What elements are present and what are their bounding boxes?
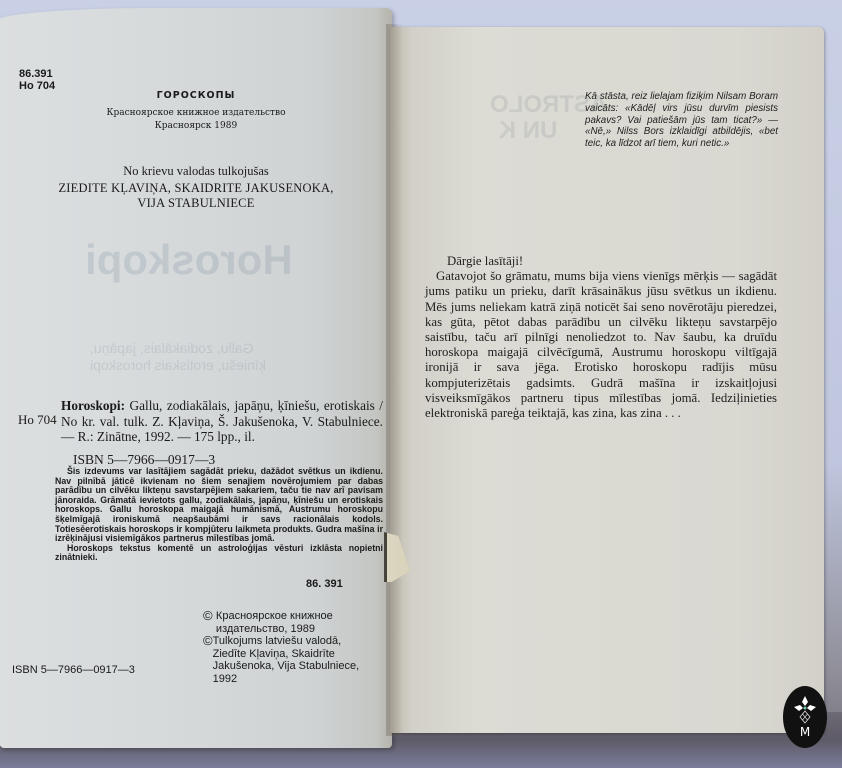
bleed-subtitle-line: ķīniešu, erotiskais horoskopi (90, 357, 266, 374)
catalog-side-code: Ho 704 (18, 412, 57, 428)
copyright-text: Красноярское книжное издательство, 1989 (216, 610, 373, 635)
catalog-entry-title: Horoskopi: (61, 398, 125, 413)
bleed-through-subtitle: Gallu, zodiakālais, japāņu, ķīniešu, ero… (90, 340, 266, 374)
foreword: Dārgie lasītāji! Gatavojot šo grāmatu, m… (425, 254, 777, 421)
abstract-paragraph: Šis izdevums var lasītājiem sagādāt prie… (55, 467, 383, 544)
bbk-code: 86. 391 (306, 578, 343, 590)
foreword-body: Gatavojot šo grāmatu, mums bija viens vi… (425, 269, 777, 421)
abstract-paragraph: Horoskops tekstus komentē un astroloģija… (55, 544, 383, 563)
copyright-line: © Tulkojums latviešu valodā, Ziedīte Kļa… (203, 635, 373, 685)
book-abstract: Šis izdevums var lasītājiem sagādāt prie… (55, 467, 383, 563)
watermark-logo: M (783, 686, 827, 748)
bleed-subtitle-line: Gallu, zodiakālais, japāņu, (90, 340, 266, 357)
copyright-icon: © (203, 635, 213, 685)
russian-city-year: Красноярск 1989 (0, 121, 392, 131)
svg-text:M: M (800, 725, 810, 739)
copyright-icon: © (203, 610, 216, 635)
translators-line-2: VIJA STABULNIECE (0, 196, 392, 211)
catalog-code: 86.391 Ho 704 (19, 68, 55, 92)
russian-publisher: Красноярское книжное издательство (0, 108, 392, 118)
translated-by: No krievu valodas tulkojušas (0, 164, 392, 179)
epigraph: Kā stāsta, reiz lielajam fiziķim Nilsam … (585, 91, 778, 150)
bleed-through-title: Horoskopi (85, 236, 293, 284)
isbn-bottom: ISBN 5—7966—0917—3 (12, 664, 135, 676)
copyright-text: Tulkojums latviešu valodā, Ziedīte Kļavi… (213, 635, 373, 685)
foreword-greeting: Dārgie lasītāji! (425, 254, 777, 269)
translators-line-1: ZIEDITE KĻAVIŅA, SKAIDRITE JAKUSENOKA, (0, 181, 392, 196)
copyright-line: © Красноярское книжное издательство, 198… (203, 610, 373, 635)
copyright-block: © Красноярское книжное издательство, 198… (203, 610, 373, 685)
catalog-code-bbk: 86.391 (19, 68, 55, 80)
diamond-flower-monogram-icon: M (790, 694, 820, 740)
russian-title: ГОРОСКОПЫ (0, 90, 392, 101)
catalog-entry: Horoskopi: Gallu, zodiakālais, japāņu, ķ… (61, 398, 383, 445)
